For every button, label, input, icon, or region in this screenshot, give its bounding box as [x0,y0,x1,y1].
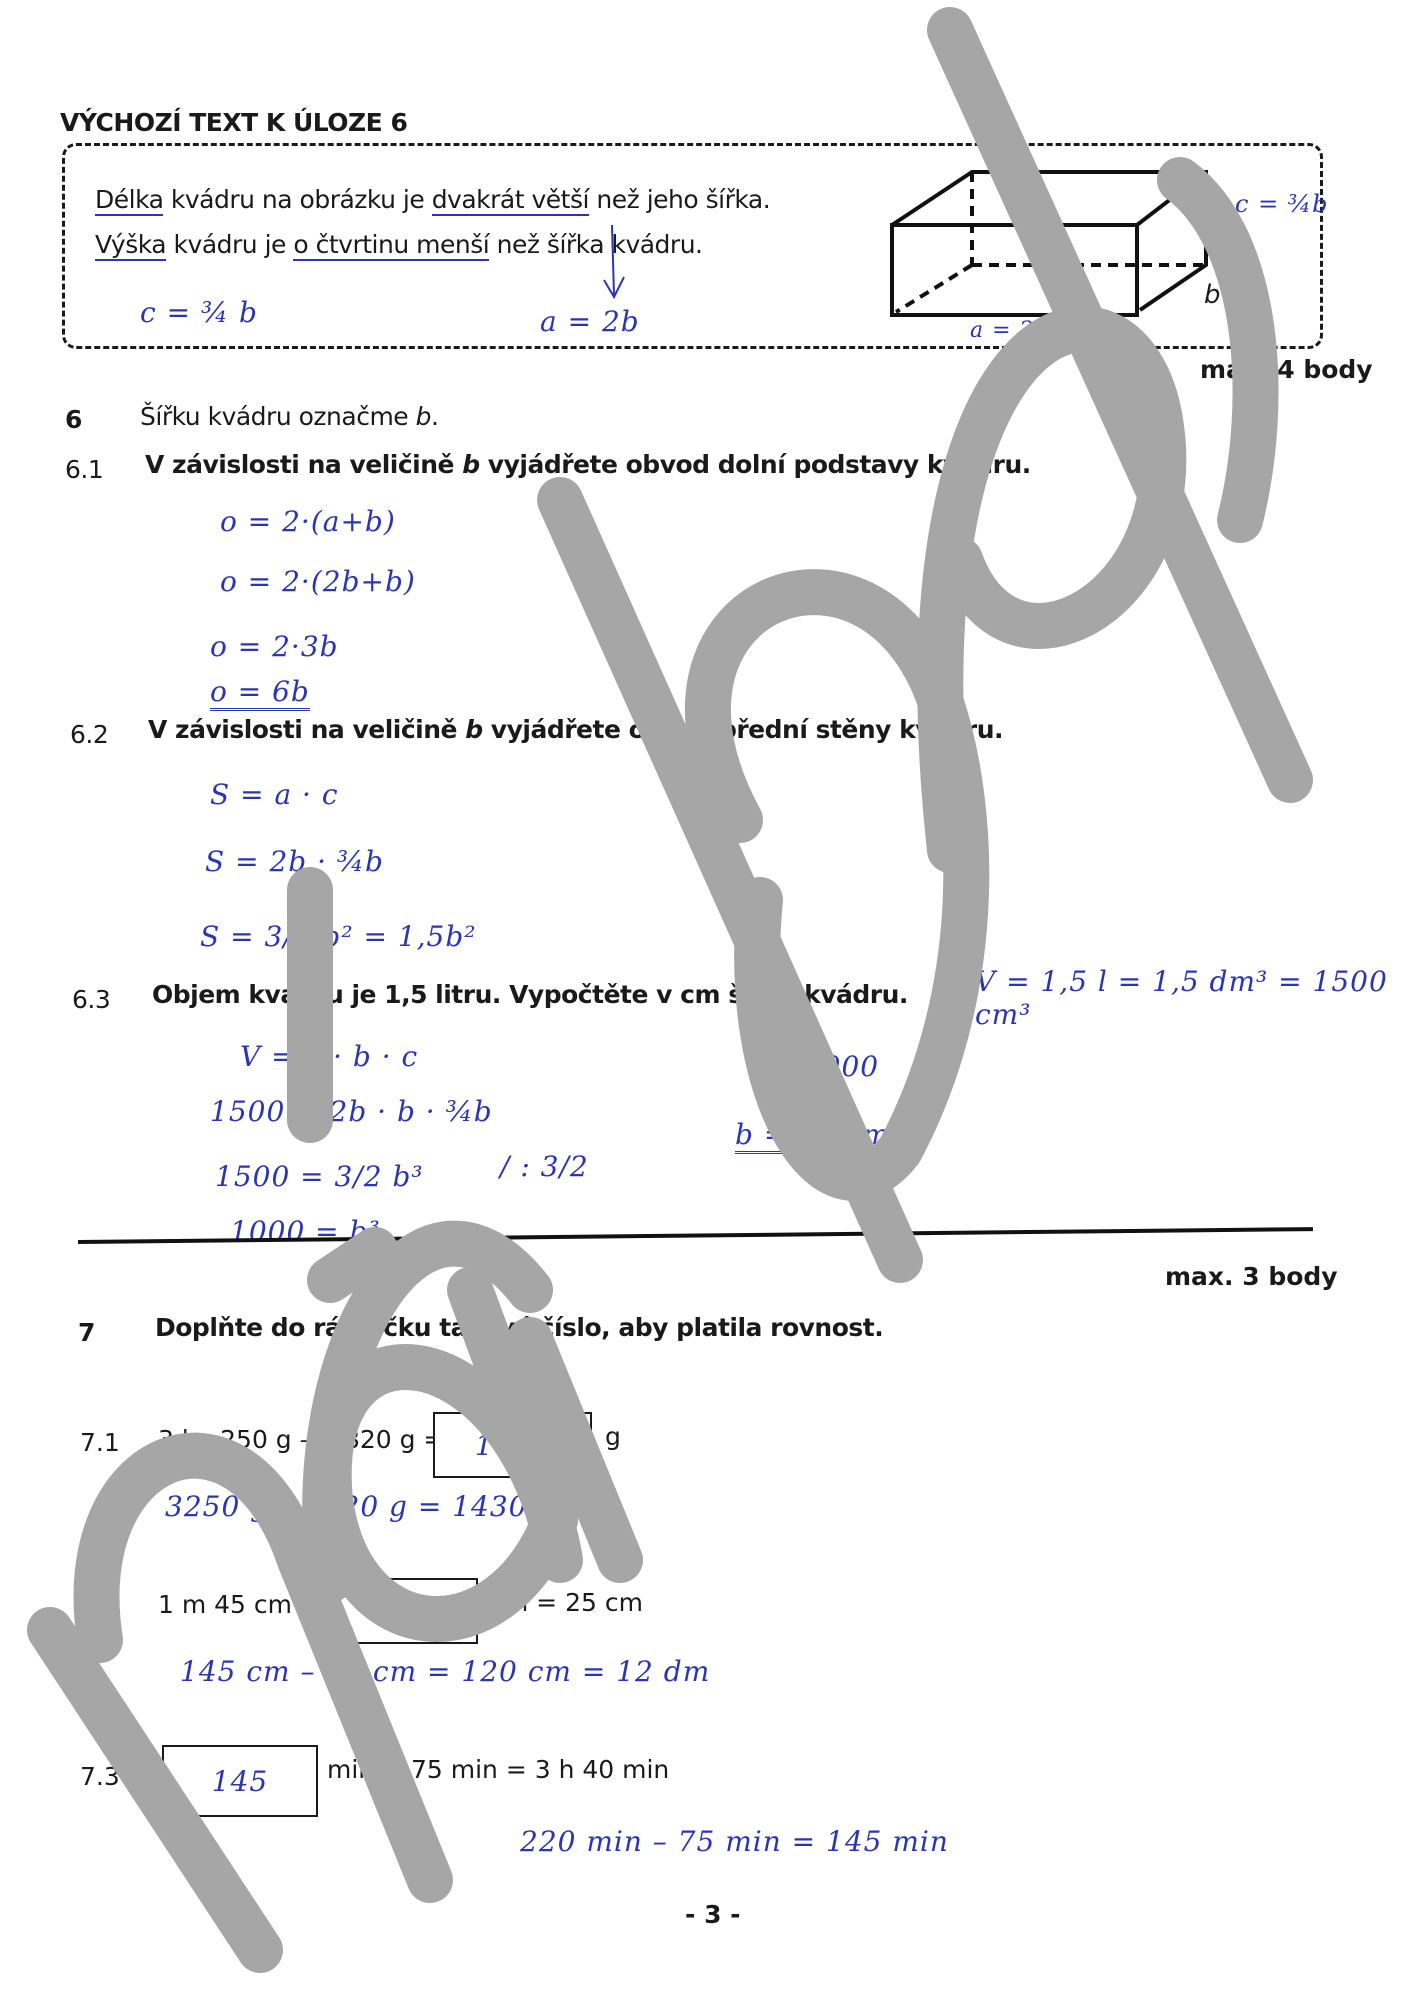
task71-answer-box[interactable]: 1430 [433,1412,592,1478]
var: b [462,450,479,479]
handwritten-label-a: a = 2b [970,318,1050,343]
work-63-3: 1500 = 3/2 b³ [215,1160,424,1193]
t: vyjádřete obsah přední stěny kvádru. [483,715,1003,744]
work-71: 3250 g – 1820 g = 1430 g [165,1490,556,1523]
task72-left: 1 m 45 cm – [158,1590,312,1619]
work-63-root: ∛1000 [785,1050,879,1083]
task71-answer: 1430 [475,1429,550,1462]
work-63-4: 1000 = b³ [230,1215,381,1248]
work-63-1: V = a · b · c [240,1040,418,1073]
task72-answer-box[interactable]: 12 [322,1578,478,1644]
t: V závislosti na veličině [145,450,462,479]
intro-line-1: Délka kvádru na obrázku je dvakrát větší… [95,185,770,214]
task61-text: V závislosti na veličině b vyjádřete obv… [145,450,1031,479]
var: b [465,715,482,744]
task72-answer: 12 [381,1595,419,1628]
t: V závislosti na veličině [148,715,465,744]
page-number: - 3 - [685,1900,741,1929]
label-b: b [1204,280,1221,310]
task7-text: Doplňte do rámečku takové číslo, aby pla… [155,1313,883,1342]
task6-text-post: . [431,402,438,431]
work-63-result: b = 10 cm [735,1118,890,1154]
task6-number: 6 [65,405,82,434]
intro-heading: VÝCHOZÍ TEXT K ÚLOZE 6 [60,108,407,137]
handwritten-c: c = ¾ b [140,296,258,329]
intro-text: kvádru je [166,230,293,259]
work-62-3: S = 3/2 b² = 1,5b² [200,920,477,953]
cuboid-figure [880,150,1300,340]
work-61-2: o = 2·(2b+b) [220,565,416,598]
work-61-1: o = 2·(a+b) [220,505,396,538]
work-62-2: S = 2b · ¾b [205,845,384,878]
work-61-result: o = 6b [210,675,310,711]
task73-answer-box[interactable]: 145 [162,1745,318,1817]
intro-text: kvádru na obrázku je [163,185,431,214]
work-63-divide: / : 3/2 [500,1150,589,1183]
task73-number: 7.3 [80,1762,120,1791]
work-62-1: S = a · c [210,778,339,811]
task62-number: 6.2 [70,720,108,749]
task7-points: max. 3 body [1165,1262,1338,1291]
intro-word-height: Výška [95,230,166,261]
task71-left: 3 kg 250 g – 1 820 g = [158,1425,444,1454]
task71-number: 7.1 [80,1428,120,1457]
intro-word-length: Délka [95,185,163,216]
task73-right: min + 75 min = 3 h 40 min [327,1755,669,1784]
work-61-3: o = 2·3b [210,630,339,663]
intro-text: než šířka kvádru. [489,230,702,259]
task72-right: dm = 25 cm [488,1588,643,1617]
task6-var: b [416,402,431,431]
handwritten-label-c: c = ¾b [1235,190,1328,218]
task63-text: Objem kvádru je 1,5 litru. Vypočtěte v c… [152,980,908,1009]
work-63-volume-note: V = 1,5 l = 1,5 dm³ = 1500 cm³ [975,965,1414,1031]
arrow-down-icon [600,225,630,305]
task61-number: 6.1 [65,455,103,484]
task6-points: max. 4 body [1200,355,1373,384]
task71-unit: g [605,1422,621,1451]
intro-phrase-double: dvakrát větší [432,185,589,216]
task63-number: 6.3 [72,985,110,1014]
task6-text: Šířku kvádru označme b. [140,402,438,431]
handwritten-a: a = 2b [540,305,640,338]
task73-answer: 145 [212,1765,268,1798]
work-63-2: 1500 = 2b · b · ¾b [210,1095,493,1128]
task7-number: 7 [78,1318,95,1347]
t: vyjádřete obvod dolní podstavy kvádru. [480,450,1031,479]
work-72: 145 cm – 25 cm = 120 cm = 12 dm [180,1655,710,1688]
task62-text: V závislosti na veličině b vyjádřete obs… [148,715,1003,744]
task6-text-pre: Šířku kvádru označme [140,402,416,431]
intro-phrase-quarter: o čtvrtinu menší [293,230,489,261]
work-73: 220 min – 75 min = 145 min [520,1825,949,1858]
intro-text: než jeho šířka. [589,185,770,214]
